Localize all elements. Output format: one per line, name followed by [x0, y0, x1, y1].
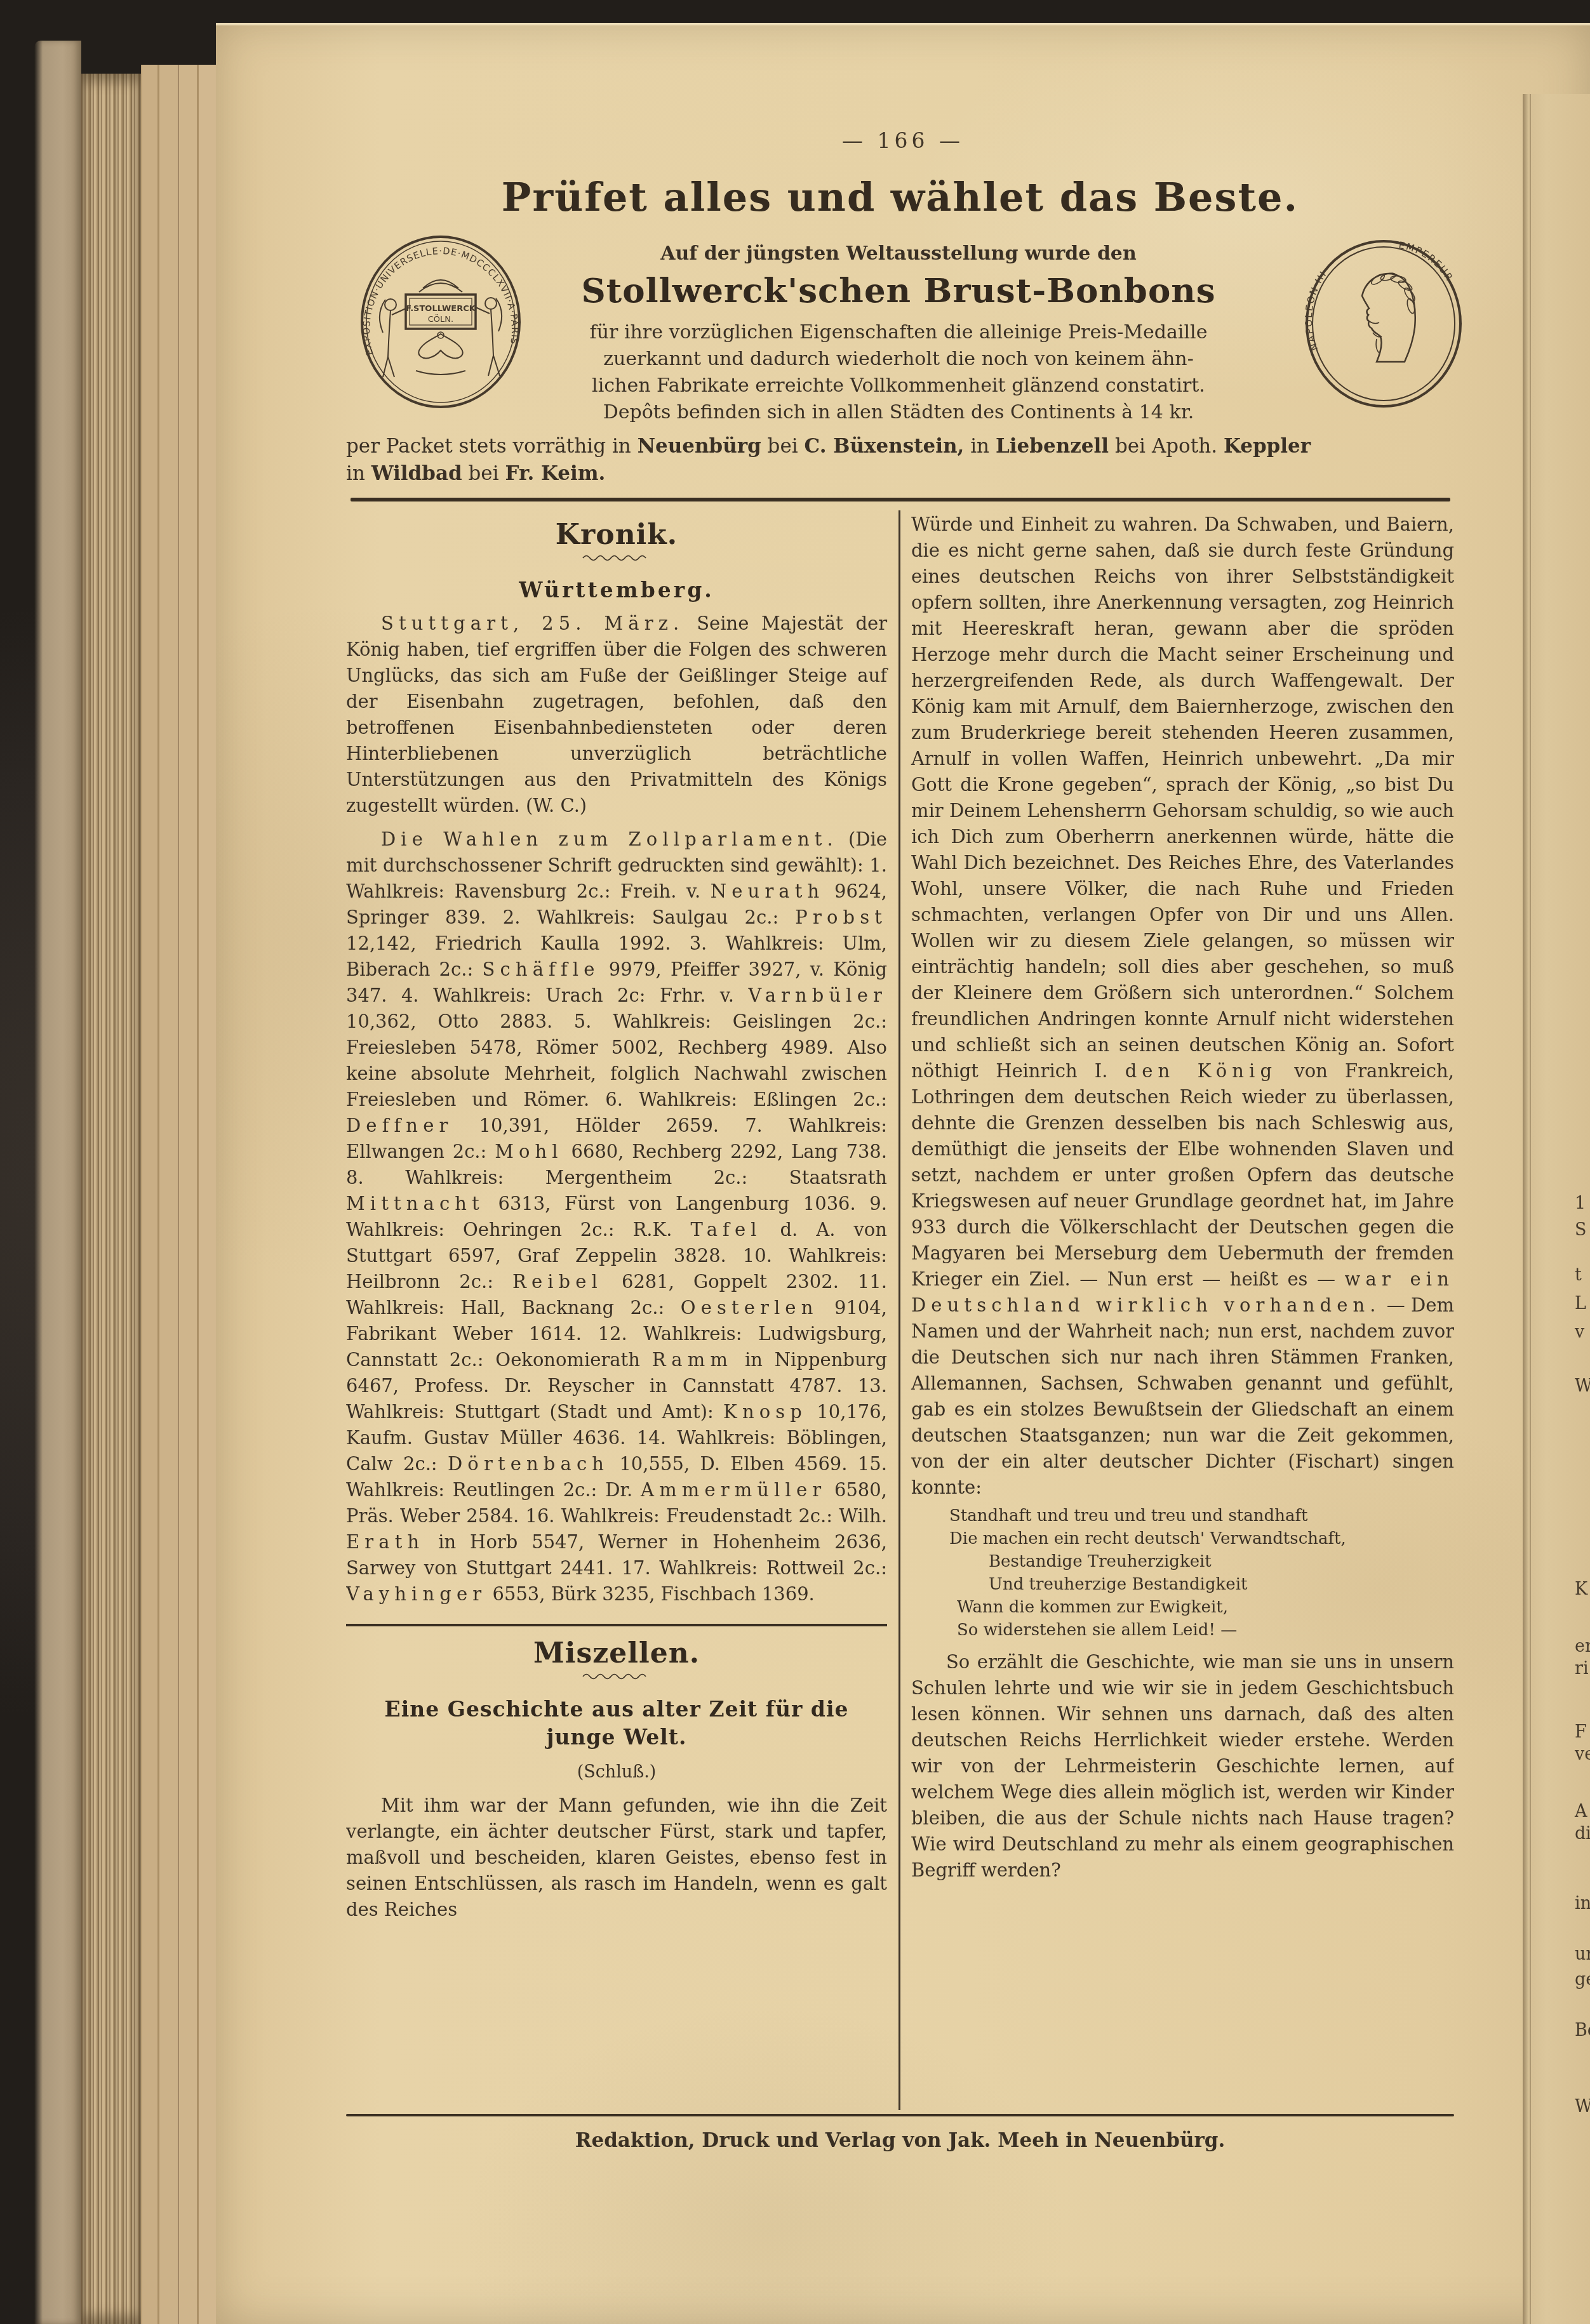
cut-off-text-fragment: v	[1575, 1322, 1584, 1342]
section-divider-rule	[346, 1624, 887, 1626]
medal-plaque-line2: CÖLN.	[428, 314, 453, 324]
ad-body-line: für ihre vorzüglichen Eigenschaften die …	[556, 319, 1241, 346]
ad-body-line: Depôts befinden sich in allen Städten de…	[556, 399, 1241, 426]
page-layers-edge	[141, 65, 216, 2324]
ad-body-line: lichen Fabrikate erreichte Vollkommenhei…	[556, 373, 1241, 399]
subsection-title-wuerttemberg: Württemberg.	[346, 577, 887, 603]
cut-off-text-fragment: Be	[1575, 2021, 1590, 2040]
cut-off-text-fragment: in	[1575, 1894, 1590, 1913]
ad-copy: Auf der jüngsten Weltausstellung wurde d…	[556, 242, 1241, 426]
cut-off-text-fragment: Wi	[1575, 2097, 1590, 2116]
cut-off-text-fragment: di	[1575, 1824, 1590, 1843]
footer-divider-rule	[346, 2114, 1454, 2116]
stollwerck-medal-icon: EXPOSITION·UNIVERSELLE·DE·MDCCCLXVII·A·P…	[357, 232, 524, 411]
column-divider-rule	[899, 510, 900, 2110]
poem-line: Wann die kommen zur Ewigkeit,	[957, 1596, 1454, 1619]
cut-off-text-fragment: A	[1575, 1802, 1587, 1821]
news-paragraph-stuttgart: Stuttgart, 25. März. Seine Majestät der …	[346, 611, 887, 819]
right-column: Würde und Einheit zu wahren. Da Schwaben…	[911, 508, 1454, 2110]
page-stack-edge	[81, 74, 141, 2324]
poem-line: So widerstehen sie allem Leid! —	[957, 1619, 1454, 1642]
ad-headline: Prüfet alles und wählet das Beste.	[346, 174, 1454, 220]
story-continuation-paragraph: Würde und Einheit zu wahren. Da Schwaben…	[911, 512, 1454, 1501]
cut-off-text-fragment: ge	[1575, 1970, 1590, 1989]
imprint-line: Redaktion, Druck und Verlag von Jak. Mee…	[346, 2129, 1454, 2152]
story-subtitle: (Schluß.)	[346, 1759, 887, 1785]
ad-depot-line: in Wildbad bei Fr. Keim.	[346, 460, 1454, 488]
cut-off-text-fragment: K	[1575, 1579, 1587, 1599]
page-number: — 166 —	[216, 128, 1590, 153]
cut-off-text-fragment: L	[1575, 1294, 1586, 1313]
newspaper-page: — 166 — Prüfet alles und wählet das Best…	[216, 23, 1590, 2324]
news-paragraph-zollparlament: Die Wahlen zum Zollparlament. (Die mit d…	[346, 827, 887, 1607]
cut-off-text-fragment: S	[1575, 1220, 1587, 1240]
ad-body-line: zuerkannt und dadurch wiederholt die noc…	[556, 346, 1241, 373]
book-scan: — 166 — Prüfet alles und wählet das Best…	[0, 0, 1590, 2324]
book-cover-edge	[34, 41, 81, 2324]
cut-off-text-fragment: W	[1575, 1376, 1590, 1396]
poem-line: Bestandige Treuherzigkeit	[989, 1550, 1454, 1573]
napoleon-medal-icon: NAPOLEON·III EMPEREUR	[1302, 237, 1466, 410]
cut-off-text-fragment: er	[1575, 1637, 1590, 1656]
section-title-kronik: Kronik.	[346, 522, 887, 548]
fischart-poem: Standhaft und treu und treu und standhaf…	[949, 1504, 1454, 1642]
ad-brand-name: Stollwerck'schen Brust-Bonbons	[556, 271, 1241, 310]
advertisement: Prüfet alles und wählet das Beste. EXPOS…	[346, 174, 1454, 491]
adjacent-page-edge: 1StLvWKerriFveAdiinungeBeWi	[1523, 94, 1590, 2324]
cut-off-text-fragment: t	[1575, 1265, 1582, 1285]
story-title: Eine Geschichte aus alter Zeit für die j…	[346, 1696, 887, 1751]
cut-off-text-fragment: un	[1575, 1944, 1590, 1964]
poem-line: Die machen ein recht deutsch' Verwandtsc…	[949, 1527, 1454, 1550]
cut-off-text-fragment: ve	[1575, 1744, 1590, 1764]
squiggle-divider-icon	[582, 1673, 651, 1680]
cut-off-text-fragment: ri	[1575, 1659, 1589, 1678]
cut-off-text-fragment: 1	[1575, 1193, 1586, 1213]
squiggle-divider-icon	[582, 554, 651, 562]
poem-line: Und treuherzige Bestandigkeit	[989, 1573, 1454, 1596]
poem-line: Standhaft und treu und treu und standhaf…	[949, 1504, 1454, 1527]
header-divider-rule	[351, 498, 1450, 501]
ad-body-text: für ihre vorzüglichen Eigenschaften die …	[556, 319, 1241, 426]
ad-depot-line: per Packet stets vorräthig in Neuenbürg …	[346, 433, 1454, 460]
medal-plaque-line1: F.STOLLWERCK	[406, 304, 476, 314]
ad-depot-note: per Packet stets vorräthig in Neuenbürg …	[346, 433, 1454, 488]
story-closing-paragraph: So erzählt die Geschichte, wie man sie u…	[911, 1649, 1454, 1883]
cut-off-text-fragment: F	[1575, 1722, 1587, 1742]
article-columns: Kronik. Württemberg. Stuttgart, 25. März…	[346, 508, 1454, 2110]
story-paragraph: Mit ihm war der Mann gefunden, wie ihn d…	[346, 1793, 887, 1923]
section-title-miszellen: Miszellen.	[346, 1640, 887, 1666]
ad-intro-line: Auf der jüngsten Weltausstellung wurde d…	[556, 242, 1241, 265]
left-column: Kronik. Württemberg. Stuttgart, 25. März…	[346, 508, 887, 2110]
